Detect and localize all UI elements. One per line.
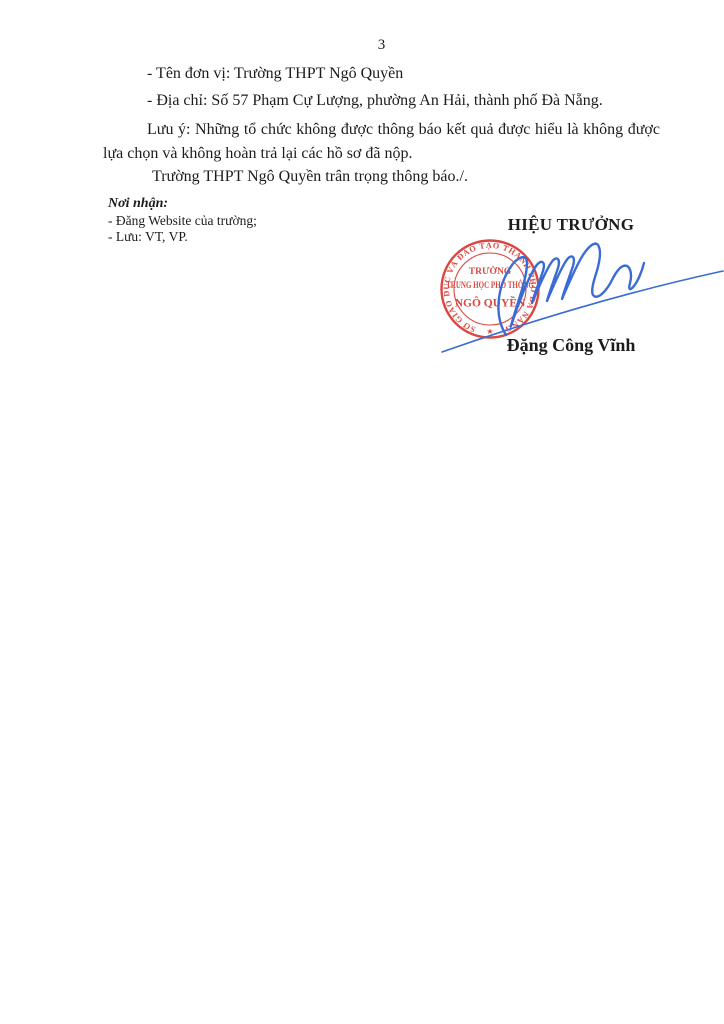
- recipients-block: Nơi nhận: - Đăng Website của trường; - L…: [108, 196, 257, 246]
- signer-name: Đặng Công Vĩnh: [478, 335, 664, 356]
- page-number: 3: [103, 37, 660, 54]
- recipients-title: Nơi nhận:: [108, 196, 257, 213]
- recipient-item: - Lưu: VT, VP.: [108, 229, 257, 246]
- document-page: 3 - Tên đơn vị: Trường THPT Ngô Quyền - …: [0, 0, 724, 1024]
- recipient-item: - Đăng Website của trường;: [108, 213, 257, 230]
- closing-line: Trường THPT Ngô Quyền trân trọng thông b…: [103, 165, 660, 189]
- signature-scribble: [498, 244, 644, 335]
- unit-name-line: - Tên đơn vị: Trường THPT Ngô Quyền: [103, 62, 660, 86]
- note-paragraph: Lưu ý: Những tổ chức không được thông bá…: [103, 118, 660, 165]
- address-line: - Địa chỉ: Số 57 Phạm Cự Lượng, phường A…: [103, 89, 660, 113]
